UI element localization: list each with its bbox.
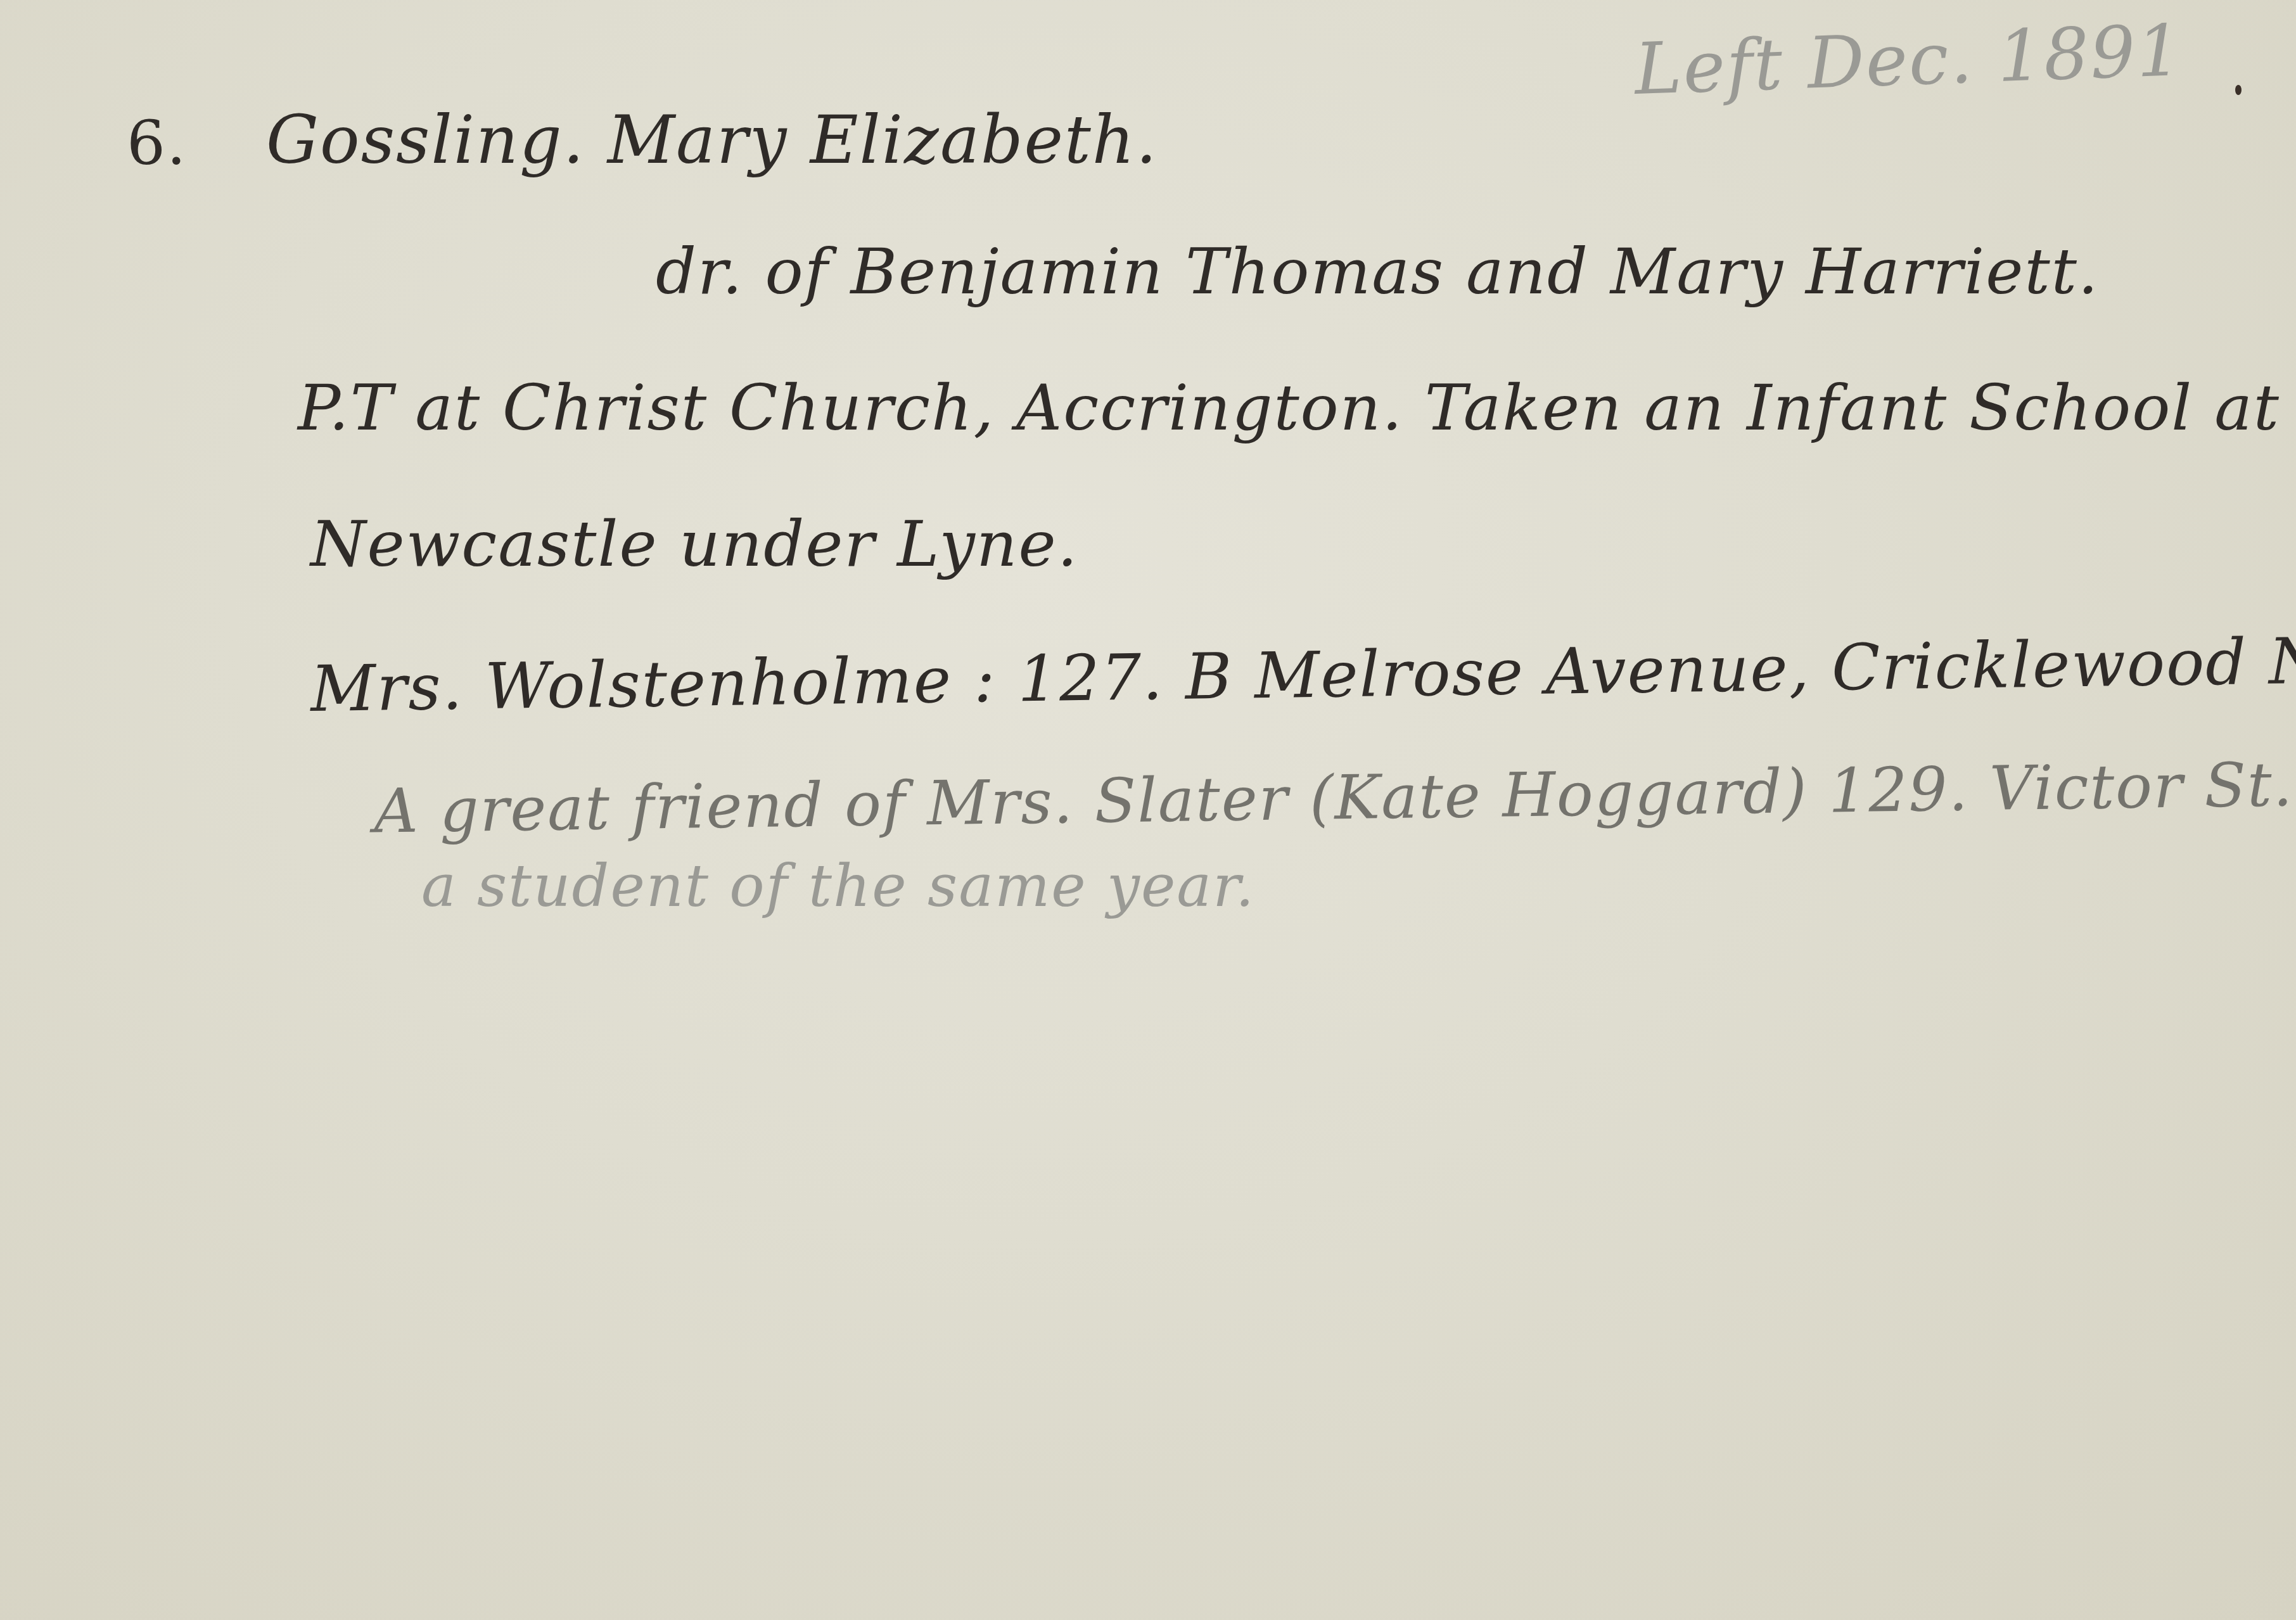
friend-note-line-2: a student of the same year. bbox=[421, 852, 1255, 920]
student-name: Gossling. Mary Elizabeth. bbox=[266, 101, 1158, 179]
entry-number: 6. bbox=[127, 108, 188, 179]
friend-note-line-1: A great friend of Mrs. Slater (Kate Hogg… bbox=[373, 745, 2296, 847]
left-date-annotation: Left Dec. 1891 bbox=[1633, 10, 2184, 111]
document-page: Left Dec. 1891 6. Gossling. Mary Elizabe… bbox=[0, 0, 2296, 1620]
ink-speck bbox=[2235, 85, 2242, 95]
parents-line: dr. of Benjamin Thomas and Mary Harriett… bbox=[656, 234, 2100, 309]
career-line-1: P.T at Christ Church, Accrington. Taken … bbox=[298, 371, 2280, 445]
career-line-2: Newcastle under Lyne. bbox=[310, 507, 1078, 581]
married-name-address: Mrs. Wolstenholme : 127. B Melrose Avenu… bbox=[310, 622, 2296, 726]
